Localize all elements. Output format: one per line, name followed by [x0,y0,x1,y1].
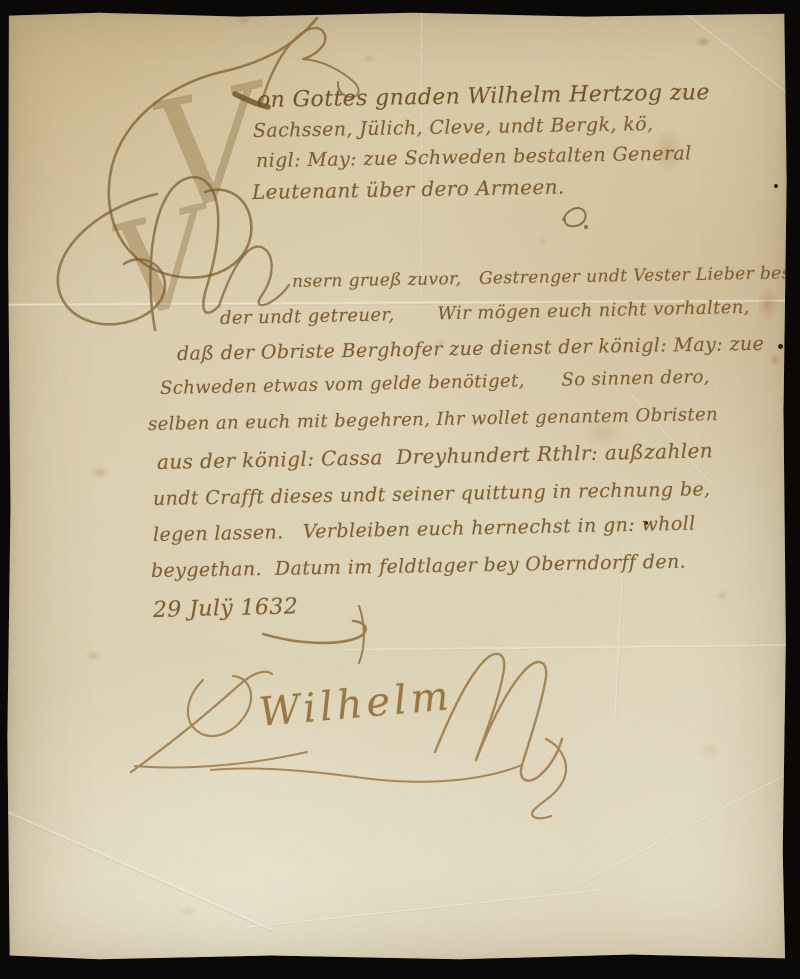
body-line: Schweden etwas vom gelde benötiget, So s… [160,366,710,399]
stain [179,906,197,917]
paper-sheet: V V on Gottes gnaden Wilhelm Hertzog zue… [5,8,789,966]
signature-text: Wilhelm [257,673,454,736]
body-line: daß der Obriste Berghofer zue dienst der… [177,333,765,365]
stain [769,354,781,366]
body-line: beygethan. Datum im feldtlager bey Obern… [151,551,686,582]
body-line: legen lassen. Verbleiben euch hernechst … [153,513,696,546]
body-line: der undt getreuer, Wir mögen euch nicht … [220,297,750,329]
ink-speck [774,184,778,188]
header-line: Sachssen, Jülich, Cleve, undt Bergk, kö, [253,113,654,142]
dateline: 29 Julÿ 1632 [153,594,299,623]
body-line: selben an euch mit begehren, Ihr wollet … [148,404,718,435]
body-line: nsern grueß zuvor, Gestrenger undt Veste… [292,263,800,292]
header-squiggle-mark-icon [563,208,588,229]
stain [539,238,548,245]
body-line: undt Crafft dieses undt seiner quittung … [153,478,711,510]
stain [237,16,251,25]
stain [715,590,729,601]
header-line: on Gottes gnaden Wilhelm Hertzog zue [257,80,710,113]
scanned-letter: V V on Gottes gnaden Wilhelm Hertzog zue… [0,0,800,979]
body-line: aus der königl: Cassa Dreyhundert Rthlr:… [157,438,714,474]
crease-diagonal [579,772,792,886]
signature-paraph-icon [131,654,566,818]
ink-speck [778,344,783,349]
stain [699,742,721,757]
stain [91,466,109,479]
header-line: Leutenant über dero Armeen. [252,175,565,204]
stain [363,54,375,63]
crease-diagonal [0,807,273,932]
stain [757,286,779,322]
stain [695,36,711,47]
fold-crease-horizontal [345,644,789,652]
stain [85,650,101,661]
crease-diagonal [246,889,604,929]
header-line: nigl: May: zue Schweden bestalten Genera… [256,142,692,172]
